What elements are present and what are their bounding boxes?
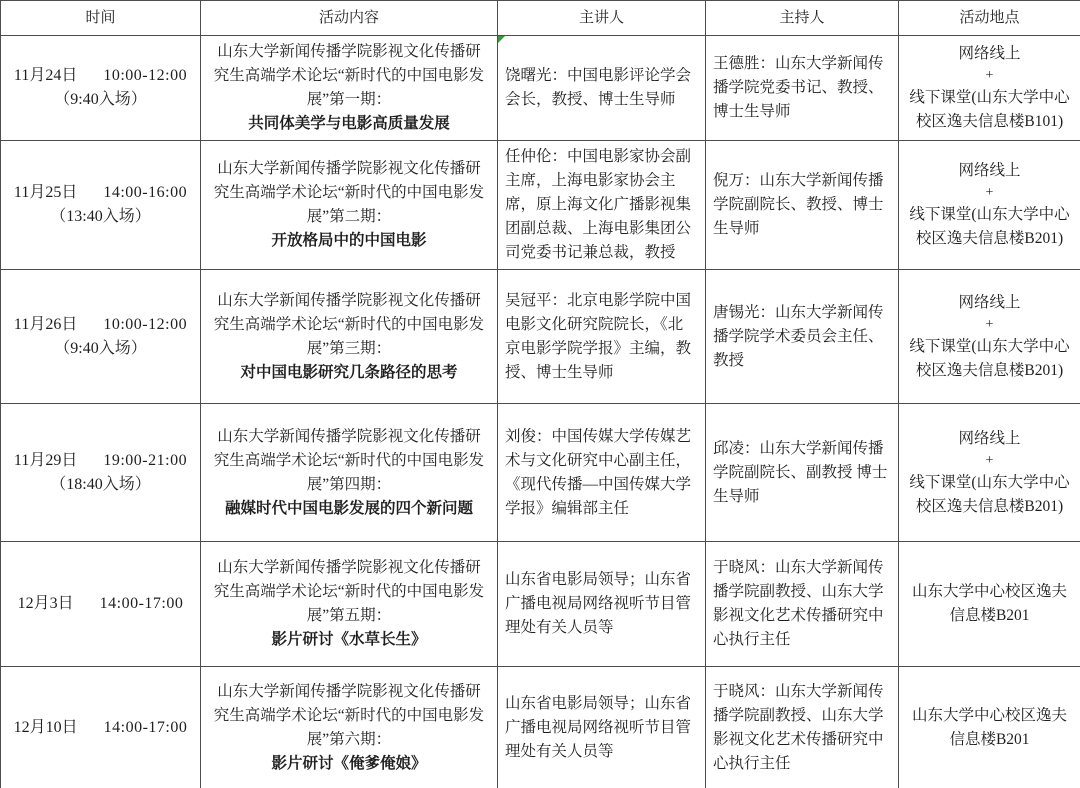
cell-speaker: 山东省电影局领导；山东省广播电视局网络视听节目管理处有关人员等 — [498, 542, 706, 667]
header-cell-content: 活动内容 — [201, 1, 498, 36]
content-prefix: 山东大学新闻传播学院影视文化传播研究生高端学术论坛“新时代的中国电影发展”第三期… — [214, 292, 484, 357]
header-cell-location: 活动地点 — [899, 1, 1080, 36]
content-title: 共同体美学与电影高质量发展 — [211, 112, 487, 136]
location-line2: 线下课堂(山东大学中心校区逸夫信息楼B201) — [907, 203, 1072, 251]
host-text: 唐锡光：山东大学新闻传播学院学术委员会主任、教授 — [713, 304, 884, 369]
location-line2: 线下课堂(山东大学中心校区逸夫信息楼B201) — [907, 335, 1072, 383]
event-date: 11月26日 — [14, 316, 77, 333]
location-line1: 网络线上 — [907, 427, 1072, 451]
host-text: 邱凌：山东大学新闻传播学院副院长、副教授 博士生导师 — [713, 440, 887, 505]
cell-speaker: 刘俊：中国传媒大学传媒艺术与文化研究中心副主任，《现代传播—中国传媒大学学报》编… — [498, 404, 706, 542]
location-line2: 线下课堂(山东大学中心校区逸夫信息楼B101) — [907, 86, 1072, 134]
location-plus: + — [907, 183, 1072, 203]
location-plus: + — [907, 66, 1072, 86]
host-text: 于晓风：山东大学新闻传播学院副教授、山东大学影视文化艺术传播研究中心执行主任 — [713, 559, 884, 648]
cell-speaker: 饶曙光：中国电影评论学会会长，教授、博士生导师 — [498, 36, 706, 141]
cell-location: 网络线上 + 线下课堂(山东大学中心校区逸夫信息楼B201) — [899, 141, 1080, 270]
content-title: 对中国电影研究几条路径的思考 — [211, 361, 487, 385]
time-line: 12月10日14:00-17:00 — [3, 716, 198, 740]
event-time: 14:00-17:00 — [104, 719, 188, 736]
schedule-table: 时间 活动内容 主讲人 主持人 活动地点 11月24日10:00-12:00 （… — [0, 0, 1080, 788]
cell-host: 唐锡光：山东大学新闻传播学院学术委员会主任、教授 — [706, 270, 899, 404]
time-line: 11月24日10:00-12:00 — [3, 64, 198, 88]
table-row: 11月25日14:00-16:00 （13:40入场） 山东大学新闻传播学院影视… — [1, 141, 1080, 270]
event-date: 12月3日 — [18, 595, 74, 612]
table-row: 11月29日19:00-21:00 （18:40入场） 山东大学新闻传播学院影视… — [1, 404, 1080, 542]
cell-content: 山东大学新闻传播学院影视文化传播研究生高端学术论坛“新时代的中国电影发展”第一期… — [201, 36, 498, 141]
cell-content: 山东大学新闻传播学院影视文化传播研究生高端学术论坛“新时代的中国电影发展”第五期… — [201, 542, 498, 667]
content-prefix: 山东大学新闻传播学院影视文化传播研究生高端学术论坛“新时代的中国电影发展”第一期… — [214, 43, 484, 108]
content-title: 影片研讨《俺爹俺娘》 — [211, 752, 487, 776]
content-prefix: 山东大学新闻传播学院影视文化传播研究生高端学术论坛“新时代的中国电影发展”第二期… — [214, 160, 484, 225]
cell-host: 倪万：山东大学新闻传播学院副院长、教授、博士生导师 — [706, 141, 899, 270]
cell-location: 网络线上 + 线下课堂(山东大学中心校区逸夫信息楼B101) — [899, 36, 1080, 141]
host-text: 王德胜：山东大学新闻传播学院党委书记、教授、博士生导师 — [713, 55, 884, 120]
content-title: 融媒时代中国电影发展的四个新问题 — [211, 497, 487, 521]
content-prefix: 山东大学新闻传播学院影视文化传播研究生高端学术论坛“新时代的中国电影发展”第四期… — [214, 428, 484, 493]
cell-location: 网络线上 + 线下课堂(山东大学中心校区逸夫信息楼B201) — [899, 404, 1080, 542]
cell-location: 网络线上 + 线下课堂(山东大学中心校区逸夫信息楼B201) — [899, 270, 1080, 404]
event-time: 19:00-21:00 — [103, 452, 187, 469]
cell-content: 山东大学新闻传播学院影视文化传播研究生高端学术论坛“新时代的中国电影发展”第六期… — [201, 667, 498, 788]
entry-note: （18:40入场） — [3, 473, 198, 497]
content-title: 开放格局中的中国电影 — [211, 229, 487, 253]
cell-content: 山东大学新闻传播学院影视文化传播研究生高端学术论坛“新时代的中国电影发展”第三期… — [201, 270, 498, 404]
speaker-text: 山东省电影局领导；山东省广播电视局网络视听节目管理处有关人员等 — [505, 695, 691, 760]
event-time: 10:00-12:00 — [103, 316, 187, 333]
table-row: 11月26日10:00-12:00 （9:40入场） 山东大学新闻传播学院影视文… — [1, 270, 1080, 404]
cell-time: 11月24日10:00-12:00 （9:40入场） — [1, 36, 201, 141]
header-row: 时间 活动内容 主讲人 主持人 活动地点 — [1, 1, 1080, 36]
event-time: 10:00-12:00 — [103, 67, 187, 84]
time-line: 12月3日14:00-17:00 — [3, 592, 198, 616]
cell-host: 邱凌：山东大学新闻传播学院副院长、副教授 博士生导师 — [706, 404, 899, 542]
event-time: 14:00-16:00 — [103, 184, 187, 201]
location-line1: 网络线上 — [907, 42, 1072, 66]
event-date: 12月10日 — [14, 719, 78, 736]
location-line1: 山东大学中心校区逸夫信息楼B201 — [907, 580, 1072, 628]
entry-note: （13:40入场） — [3, 205, 198, 229]
speaker-text: 任仲伦：中国电影家协会副主席，上海电影家协会主席，原上海文化广播影视集团副总裁、… — [505, 148, 691, 261]
cell-host: 于晓风：山东大学新闻传播学院副教授、山东大学影视文化艺术传播研究中心执行主任 — [706, 667, 899, 788]
event-date: 11月25日 — [14, 184, 77, 201]
host-text: 倪万：山东大学新闻传播学院副院长、教授、博士生导师 — [713, 172, 884, 237]
cell-content: 山东大学新闻传播学院影视文化传播研究生高端学术论坛“新时代的中国电影发展”第二期… — [201, 141, 498, 270]
location-line2: 线下课堂(山东大学中心校区逸夫信息楼B201) — [907, 471, 1072, 519]
header-cell-time: 时间 — [1, 1, 201, 36]
location-line1: 山东大学中心校区逸夫信息楼B201 — [907, 704, 1072, 752]
cell-time: 11月25日14:00-16:00 （13:40入场） — [1, 141, 201, 270]
content-prefix: 山东大学新闻传播学院影视文化传播研究生高端学术论坛“新时代的中国电影发展”第五期… — [214, 559, 484, 624]
table-row: 12月3日14:00-17:00 山东大学新闻传播学院影视文化传播研究生高端学术… — [1, 542, 1080, 667]
cell-time: 12月3日14:00-17:00 — [1, 542, 201, 667]
table-row: 12月10日14:00-17:00 山东大学新闻传播学院影视文化传播研究生高端学… — [1, 667, 1080, 788]
content-prefix: 山东大学新闻传播学院影视文化传播研究生高端学术论坛“新时代的中国电影发展”第六期… — [214, 683, 484, 748]
event-date: 11月24日 — [14, 67, 77, 84]
time-line: 11月29日19:00-21:00 — [3, 449, 198, 473]
time-line: 11月25日14:00-16:00 — [3, 181, 198, 205]
cell-location: 山东大学中心校区逸夫信息楼B201 — [899, 667, 1080, 788]
cell-speaker: 山东省电影局领导；山东省广播电视局网络视听节目管理处有关人员等 — [498, 667, 706, 788]
speaker-text: 吴冠平：北京电影学院中国电影文化研究院院长，《北京电影学院学报》主编，教授、博士… — [505, 292, 691, 381]
location-plus: + — [907, 451, 1072, 471]
time-line: 11月26日10:00-12:00 — [3, 313, 198, 337]
event-date: 11月29日 — [14, 452, 77, 469]
speaker-text: 山东省电影局领导；山东省广播电视局网络视听节目管理处有关人员等 — [505, 571, 691, 636]
table-row: 11月24日10:00-12:00 （9:40入场） 山东大学新闻传播学院影视文… — [1, 36, 1080, 141]
cell-time: 11月29日19:00-21:00 （18:40入场） — [1, 404, 201, 542]
cell-host: 王德胜：山东大学新闻传播学院党委书记、教授、博士生导师 — [706, 36, 899, 141]
location-line1: 网络线上 — [907, 159, 1072, 183]
content-title: 影片研讨《水草长生》 — [211, 628, 487, 652]
cell-speaker: 吴冠平：北京电影学院中国电影文化研究院院长，《北京电影学院学报》主编，教授、博士… — [498, 270, 706, 404]
header-cell-speaker: 主讲人 — [498, 1, 706, 36]
host-text: 于晓风：山东大学新闻传播学院副教授、山东大学影视文化艺术传播研究中心执行主任 — [713, 683, 884, 772]
cell-content: 山东大学新闻传播学院影视文化传播研究生高端学术论坛“新时代的中国电影发展”第四期… — [201, 404, 498, 542]
cell-error-marker-icon — [498, 36, 505, 43]
location-line1: 网络线上 — [907, 291, 1072, 315]
entry-note: （9:40入场） — [3, 337, 198, 361]
cell-time: 11月26日10:00-12:00 （9:40入场） — [1, 270, 201, 404]
location-plus: + — [907, 315, 1072, 335]
speaker-text: 刘俊：中国传媒大学传媒艺术与文化研究中心副主任，《现代传播—中国传媒大学学报》编… — [505, 428, 691, 517]
speaker-text: 饶曙光：中国电影评论学会会长，教授、博士生导师 — [505, 67, 691, 108]
entry-note: （9:40入场） — [3, 88, 198, 112]
cell-speaker: 任仲伦：中国电影家协会副主席，上海电影家协会主席，原上海文化广播影视集团副总裁、… — [498, 141, 706, 270]
cell-host: 于晓风：山东大学新闻传播学院副教授、山东大学影视文化艺术传播研究中心执行主任 — [706, 542, 899, 667]
event-time: 14:00-17:00 — [100, 595, 184, 612]
cell-time: 12月10日14:00-17:00 — [1, 667, 201, 788]
cell-location: 山东大学中心校区逸夫信息楼B201 — [899, 542, 1080, 667]
header-cell-host: 主持人 — [706, 1, 899, 36]
